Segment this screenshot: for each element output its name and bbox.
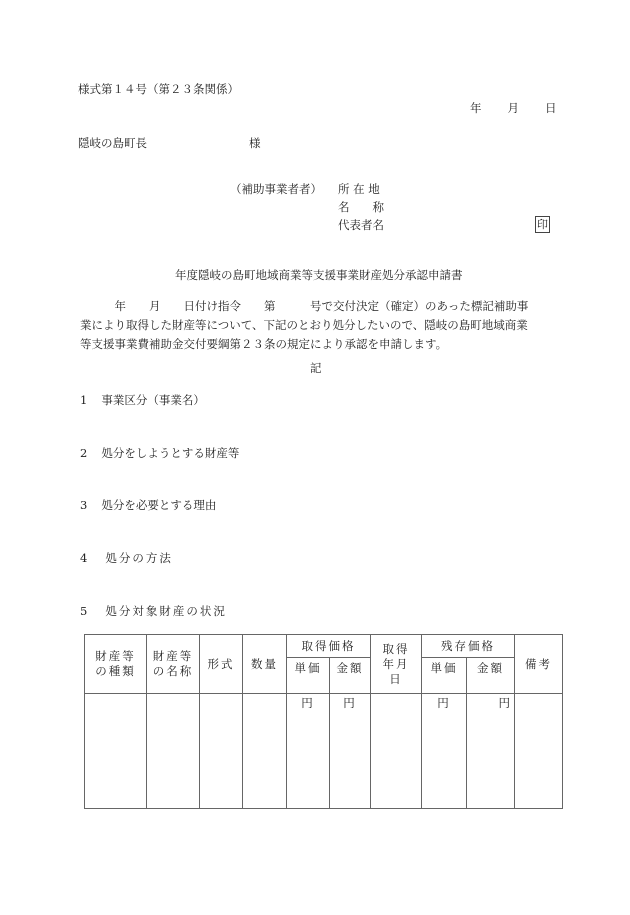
body-line: 業により取得した財産等について、下記のとおり処分したいので、隠岐の島町地域商業 (80, 316, 560, 335)
property-table: 財産等の種類 財産等の名称 形式 数量 取得価格 取得年月日 残存価格 備考 単… (84, 634, 563, 809)
addressee-honorific: 様 (249, 136, 261, 150)
header-remarks: 備考 (515, 635, 563, 694)
yen-unit: 円 (499, 696, 513, 710)
section-label: 処分をしようとする財産等 (101, 446, 239, 460)
cell-property-name[interactable] (147, 694, 200, 809)
cell-rem-unit-price[interactable]: 円 (422, 694, 467, 809)
section-5: 5処分対象財産の状況 (80, 604, 227, 618)
section-2: 2処分をしようとする財産等 (80, 446, 239, 460)
header-acquisition-date: 取得年月日 (371, 635, 422, 694)
section-number: 3 (80, 498, 87, 512)
document-title: 年度隠岐の島町地域商業等支援事業財産処分承認申請書 (175, 268, 463, 282)
header-property-type: 財産等の種類 (85, 635, 147, 694)
section-label: 処分対象財産の状況 (105, 604, 227, 618)
header-property-name: 財産等の名称 (147, 635, 200, 694)
addressee: 隠岐の島町長 (78, 136, 147, 150)
cell-property-type[interactable] (85, 694, 147, 809)
section-label: 処分の方法 (105, 551, 173, 565)
section-number: 4 (80, 551, 87, 565)
cell-acq-unit-price[interactable]: 円 (287, 694, 330, 809)
date-month: 月 (508, 101, 520, 115)
section-1: 1事業区分（事業名） (80, 393, 205, 407)
header-rem-unit-price: 単価 (422, 658, 467, 694)
cell-rem-amount[interactable]: 円 (467, 694, 515, 809)
cell-acq-amount[interactable]: 円 (330, 694, 371, 809)
section-label: 処分を必要とする理由 (101, 498, 216, 512)
table-row: 円 円 円 円 (85, 694, 563, 809)
header-residual-price: 残存価格 (422, 635, 515, 658)
cell-format[interactable] (200, 694, 243, 809)
header-acq-amount: 金額 (330, 658, 371, 694)
cell-acq-date[interactable] (371, 694, 422, 809)
yen-unit: 円 (437, 696, 451, 710)
seal-mark: 印 (535, 216, 550, 233)
header-rem-amount: 金額 (467, 658, 515, 694)
applicant-field-name: 名 称 (338, 200, 384, 214)
ki-heading: 記 (310, 361, 322, 375)
header-acquisition-price: 取得価格 (287, 635, 371, 658)
header-quantity: 数量 (243, 635, 287, 694)
body-line: 年 月 日付け指令 第 号で交付決定（確定）のあった標記補助事 (80, 297, 560, 316)
section-number: 1 (80, 393, 87, 407)
body-paragraph: 年 月 日付け指令 第 号で交付決定（確定）のあった標記補助事 業により取得した… (80, 297, 560, 354)
section-number: 2 (80, 446, 87, 460)
date-day: 日 (545, 101, 557, 115)
section-4: 4処分の方法 (80, 551, 173, 565)
cell-remarks[interactable] (515, 694, 563, 809)
section-number: 5 (80, 604, 87, 618)
header-format: 形式 (200, 635, 243, 694)
date-year: 年 (470, 101, 482, 115)
section-label: 事業区分（事業名） (101, 393, 205, 407)
applicant-label: （補助事業者者） (230, 182, 322, 196)
form-number: 様式第１４号（第２３条関係） (78, 82, 239, 96)
date-line: 年月日 (470, 101, 557, 115)
addressee-name: 隠岐の島町長 (78, 136, 147, 150)
cell-quantity[interactable] (243, 694, 287, 809)
applicant-field-representative: 代表者名 (338, 218, 384, 232)
body-line: 等支援事業費補助金交付要綱第２３条の規定により承認を申請します。 (80, 335, 560, 354)
section-3: 3処分を必要とする理由 (80, 498, 216, 512)
header-acq-unit-price: 単価 (287, 658, 330, 694)
applicant-field-address: 所 在 地 (338, 182, 380, 196)
yen-unit: 円 (343, 696, 357, 710)
yen-unit: 円 (301, 696, 315, 710)
